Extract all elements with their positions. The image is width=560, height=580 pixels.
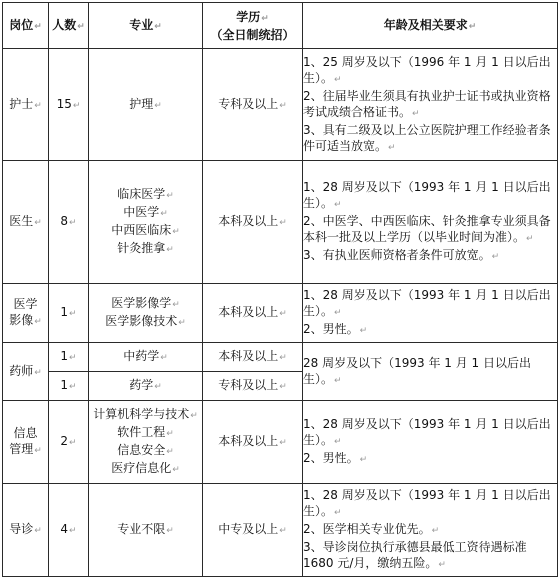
cell-major: 专业不限↵	[89, 484, 203, 577]
cell-requirements: 1、28 周岁及以下（1993 年 1 月 1 日以后出生）。↵ 2、男性。↵	[303, 401, 558, 484]
cell-major: 临床医学↵ 中医学↵ 中西医临床↵ 针灸推拿↵	[89, 161, 203, 284]
cell-education: 中专及以上↵	[203, 484, 303, 577]
cell-count: 15↵	[49, 49, 89, 161]
cell-major: 医学影像学↵ 医学影像技术↵	[89, 284, 203, 343]
cell-requirements: 1、28 周岁及以下（1993 年 1 月 1 日以后出生）。↵ 2、男性。↵	[303, 284, 558, 343]
cell-requirements: 28 周岁及以下（1993 年 1 月 1 日以后出生）。↵	[303, 343, 558, 401]
cell-position: 药师↵	[3, 343, 49, 401]
cell-position: 信息管理↵	[3, 401, 49, 484]
table-row: 医学影像↵ 1↵ 医学影像学↵ 医学影像技术↵ 本科及以上↵ 1、28 周岁及以…	[3, 284, 558, 343]
cell-position: 医学影像↵	[3, 284, 49, 343]
table-row: 导诊↵ 4↵ 专业不限↵ 中专及以上↵ 1、28 周岁及以下（1993 年 1 …	[3, 484, 558, 577]
cell-requirements: 1、28 周岁及以下（1993 年 1 月 1 日以后出生）。↵ 2、中医学、中…	[303, 161, 558, 284]
header-count: 人数↵	[49, 3, 89, 49]
cell-requirements: 1、28 周岁及以下（1993 年 1 月 1 日以后出生）。↵ 2、医学相关专…	[303, 484, 558, 577]
cell-education: 本科及以上↵	[203, 401, 303, 484]
header-position: 岗位↵	[3, 3, 49, 49]
cell-education: 专科及以上↵	[203, 372, 303, 401]
header-education: 学历↵（全日制统招）	[203, 3, 303, 49]
cell-count: 2↵	[49, 401, 89, 484]
cell-requirements: 1、25 周岁及以下（1996 年 1 月 1 日以后出生）。↵ 2、往届毕业生…	[303, 49, 558, 161]
cell-education: 本科及以上↵	[203, 161, 303, 284]
cell-count: 1↵	[49, 284, 89, 343]
cell-count: 1↵	[49, 343, 89, 372]
table-header-row: 岗位↵ 人数↵ 专业↵ 学历↵（全日制统招） 年龄及相关要求↵	[3, 3, 558, 49]
table-row: 医生↵ 8↵ 临床医学↵ 中医学↵ 中西医临床↵ 针灸推拿↵ 本科及以上↵ 1、…	[3, 161, 558, 284]
cell-education: 本科及以上↵	[203, 284, 303, 343]
table-row: 信息管理↵ 2↵ 计算机科学与技术↵ 软件工程↵ 信息安全↵ 医疗信息化↵ 本科…	[3, 401, 558, 484]
cell-major: 药学↵	[89, 372, 203, 401]
table-row: 药师↵ 1↵ 中药学↵ 本科及以上↵ 28 周岁及以下（1993 年 1 月 1…	[3, 343, 558, 372]
cell-major: 计算机科学与技术↵ 软件工程↵ 信息安全↵ 医疗信息化↵	[89, 401, 203, 484]
cell-position: 导诊↵	[3, 484, 49, 577]
cell-education: 专科及以上↵	[203, 49, 303, 161]
cell-position: 医生↵	[3, 161, 49, 284]
cell-count: 1↵	[49, 372, 89, 401]
cell-count: 4↵	[49, 484, 89, 577]
cell-count: 8↵	[49, 161, 89, 284]
table-row: 护士↵ 15↵ 护理↵ 专科及以上↵ 1、25 周岁及以下（1996 年 1 月…	[3, 49, 558, 161]
cell-education: 本科及以上↵	[203, 343, 303, 372]
cell-major: 中药学↵	[89, 343, 203, 372]
header-major: 专业↵	[89, 3, 203, 49]
recruitment-table: 岗位↵ 人数↵ 专业↵ 学历↵（全日制统招） 年龄及相关要求↵ 护士↵ 15↵ …	[2, 2, 558, 577]
cell-major: 护理↵	[89, 49, 203, 161]
header-requirements: 年龄及相关要求↵	[303, 3, 558, 49]
cell-position: 护士↵	[3, 49, 49, 161]
